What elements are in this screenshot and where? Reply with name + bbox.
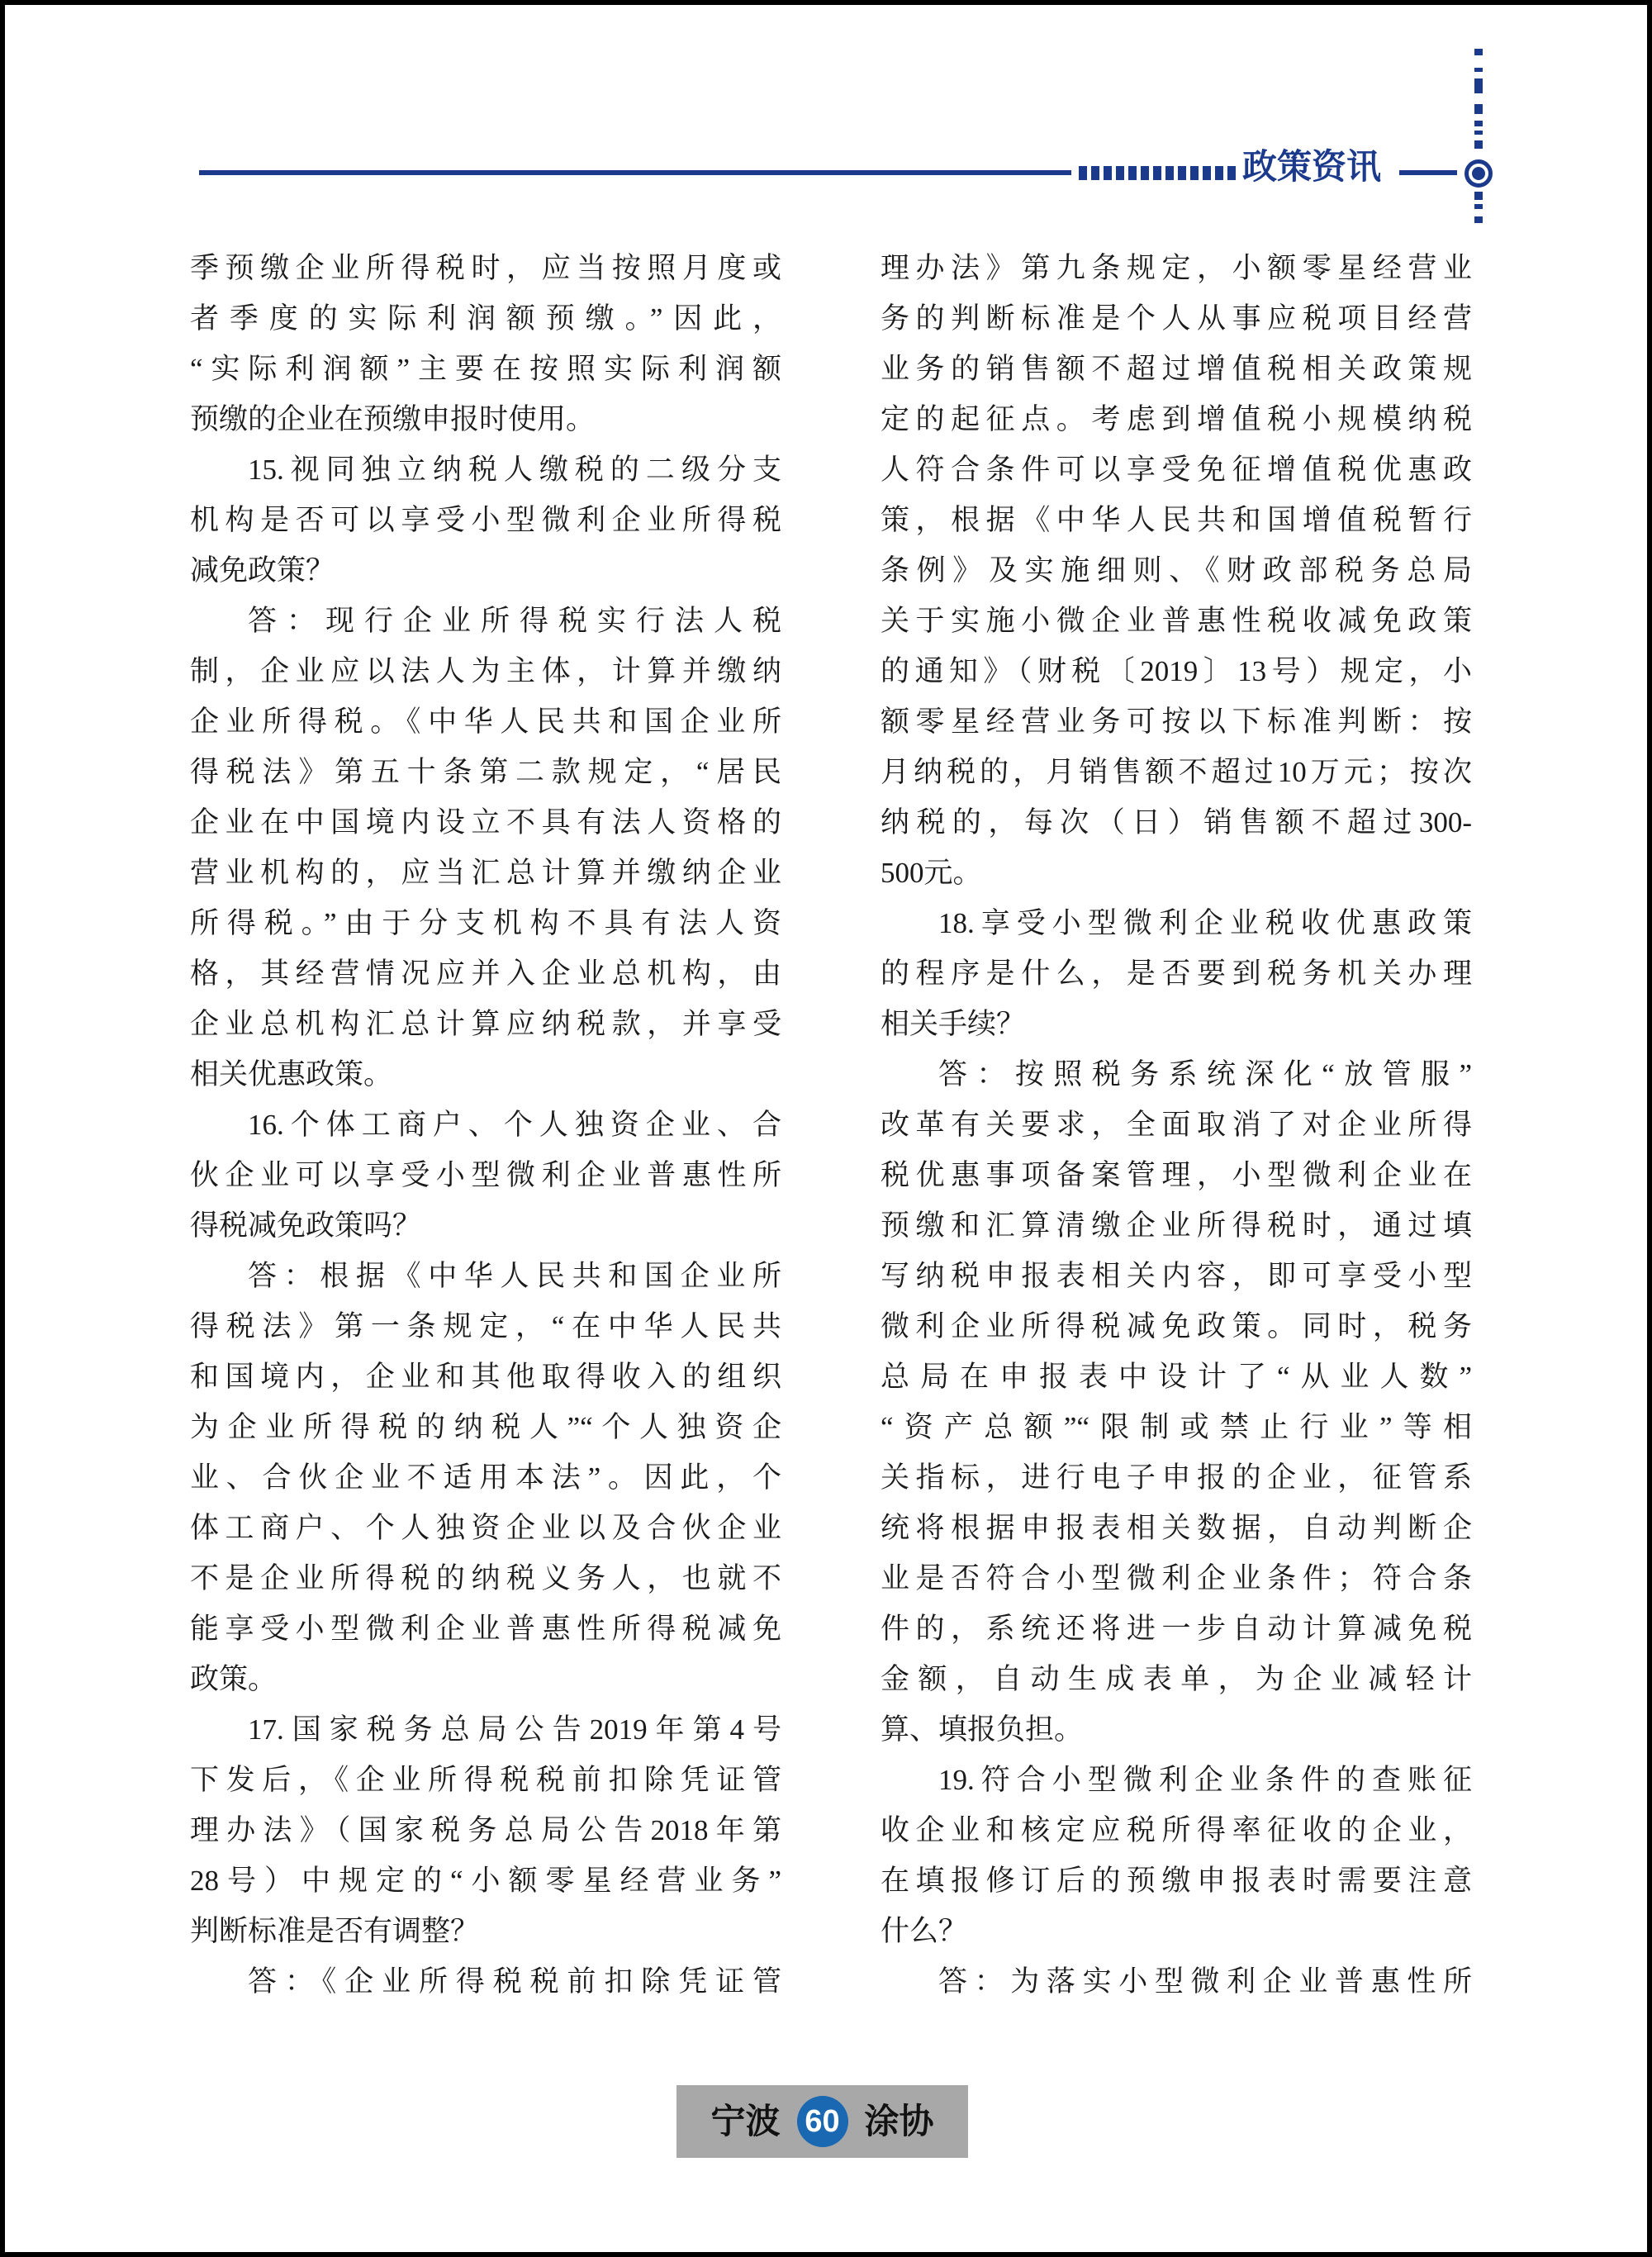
footer-right-label: 涂协 [865,2104,934,2139]
dash [1474,104,1483,114]
dash [1128,166,1137,180]
text-line: 金额，自动生成表单，为企业减轻计 [881,1654,1472,1704]
dash [1474,216,1483,223]
dash [1215,166,1223,180]
text-line: 件的，系统还将进一步自动计算减免税 [881,1604,1472,1654]
header-rule-left [199,170,1071,175]
dash [1227,166,1236,180]
text-line: 18.享受小型微利企业税收优惠政策 [881,898,1472,948]
text-line: 28号）中规定的“小额零星经营业务” [190,1855,781,1906]
text-line: 答：为落实小型微利企业普惠性所 [881,1956,1472,2007]
text-line: 企业总机构汇总计算应纳税款，并享受 [190,999,781,1049]
text-line: 纳税的，每次（日）销售额不超过300- [881,797,1472,848]
dash [1079,166,1087,180]
page-number-badge: 60 [797,2096,848,2147]
text-line: 总局在申报表中设计了“从业人数” [881,1352,1472,1402]
dash [1474,131,1483,135]
vertical-dashed-line [1474,5,1483,236]
text-line: 者季度的实际利润额预缴。”因此， [190,293,781,344]
text-line: 业务的销售额不超过增值税相关政策规 [881,344,1472,394]
text-line: 人符合条件可以享受免征增值税优惠政 [881,444,1472,495]
text-line: 500元。 [881,848,1472,898]
text-line: 理办法》第九条规定，小额零星经营业 [881,243,1472,293]
text-line: “资产总额”“限制或禁止行业”等相 [881,1402,1472,1452]
text-line: 得税法》第一条规定，“在中华人民共 [190,1301,781,1352]
text-line: 减免政策？ [190,545,781,596]
text-line: 下发后，《企业所得税税前扣除凭证管 [190,1755,781,1805]
text-line: 得税减免政策吗？ [190,1200,781,1251]
dash [1190,166,1199,180]
footer-left-label: 宁波 [710,2104,780,2139]
text-line: 条例》及实施细则、《财政部税务总局 [881,545,1472,596]
text-line: 政策。 [190,1654,781,1704]
text-line: 收企业和核定应税所得率征收的企业， [881,1805,1472,1855]
text-line: 改革有关要求，全面取消了对企业所得 [881,1100,1472,1150]
text-line: 预缴的企业在预缴申报时使用。 [190,394,781,444]
text-line: 额零星经营业务可按以下标准判断：按 [881,696,1472,747]
text-line: 制，企业应以法人为主体，计算并缴纳 [190,646,781,696]
text-line: 17.国家税务总局公告2019年第4号 [190,1704,781,1755]
text-line: 关指标，进行电子申报的企业，征管系 [881,1452,1472,1503]
text-line: 统将根据申报表相关数据，自动判断企 [881,1503,1472,1553]
text-line: 19.符合小型微利企业条件的查账征 [881,1755,1472,1805]
dash [1474,192,1483,200]
dash [1474,78,1483,93]
text-line: 预缴和汇算清缴企业所得税时，通过填 [881,1200,1472,1251]
text-line: 定的起征点。考虑到增值税小规模纳税 [881,394,1472,444]
text-line: 企业所得税。《中华人民共和国企业所 [190,696,781,747]
header-dashed-line [1079,166,1236,180]
dash [1178,166,1186,180]
section-title: 政策资讯 [1242,149,1391,185]
text-line: 不是企业所得税的纳税义务人，也就不 [190,1553,781,1604]
right-text-column: 理办法》第九条规定，小额零星经营业务的判断标准是个人从事应税项目经营业务的销售额… [881,243,1472,2007]
text-line: 16.个体工商户、个人独资企业、合 [190,1100,781,1150]
text-line: 税优惠事项备案管理，小型微利企业在 [881,1150,1472,1200]
dash [1165,166,1174,180]
text-line: 营业机构的，应当汇总计算并缴纳企业 [190,848,781,898]
text-line: 机构是否可以享受小型微利企业所得税 [190,495,781,545]
text-line: 季预缴企业所得税时，应当按照月度或 [190,243,781,293]
text-line: 答：按照税务系统深化“放管服” [881,1049,1472,1100]
text-line: 相关优惠政策。 [190,1049,781,1100]
text-line: 15.视同独立纳税人缴税的二级分支 [190,444,781,495]
text-line: 的程序是什么，是否要到税务机关办理 [881,948,1472,999]
text-line: 务的判断标准是个人从事应税项目经营 [881,293,1472,344]
text-line: 得税法》第五十条第二款规定，“居民 [190,747,781,797]
dash [1474,140,1483,149]
header-rule-right [1399,170,1457,175]
text-line: 伙企业可以享受小型微利企业普惠性所 [190,1150,781,1200]
text-line: 的通知》（财税〔2019〕13号）规定，小 [881,646,1472,696]
dash [1474,68,1483,72]
dash [1116,166,1124,180]
footer-bar: 宁波 60 涂协 [676,2085,968,2158]
text-line: “实际利润额”主要在按照实际利润额 [190,344,781,394]
text-line: 关于实施小微企业普惠性税收减免政策 [881,596,1472,646]
text-line: 业、合伙企业不适用本法”。因此，个 [190,1452,781,1503]
text-line: 业是否符合小型微利企业条件；符合条 [881,1553,1472,1604]
text-line: 在填报修订后的预缴申报表时需要注意 [881,1855,1472,1906]
dash [1474,49,1483,55]
text-line: 企业在中国境内设立不具有法人资格的 [190,797,781,848]
text-line: 体工商户、个人独资企业以及合伙企业 [190,1503,781,1553]
dash [1153,166,1161,180]
text-line: 理办法》（国家税务总局公告2018年第 [190,1805,781,1855]
text-line: 为企业所得税的纳税人”“个人独资企 [190,1402,781,1452]
dash [1474,204,1483,209]
dash [1474,121,1483,126]
text-line: 格，其经营情况应并入企业总机构，由 [190,948,781,999]
dash [1091,166,1099,180]
text-line: 相关手续？ [881,999,1472,1049]
text-line: 写纳税申报表相关内容，即可享受小型 [881,1251,1472,1301]
text-line: 判断标准是否有调整？ [190,1906,781,1956]
text-line: 和国境内，企业和其他取得收入的组织 [190,1352,781,1402]
text-line: 算、填报负担。 [881,1704,1472,1755]
dash [1104,166,1112,180]
text-line: 答：《企业所得税税前扣除凭证管 [190,1956,781,2007]
text-line: 答：根据《中华人民共和国企业所 [190,1251,781,1301]
left-text-column: 季预缴企业所得税时，应当按照月度或者季度的实际利润额预缴。”因此，“实际利润额”… [190,243,781,2007]
text-line: 能享受小型微利企业普惠性所得税减免 [190,1604,781,1654]
text-line: 答：现行企业所得税实行法人税 [190,596,781,646]
dash [1203,166,1211,180]
magazine-page: 政策资讯 季预缴企业所得税时，应当按照月度或者季度的实际利润额预缴。”因此，“实… [0,0,1652,2257]
dash [1141,166,1149,180]
text-line: 微利企业所得税减免政策。同时，税务 [881,1301,1472,1352]
text-line: 所得税。”由于分支机构不具有法人资 [190,898,781,948]
text-line: 月纳税的，月销售额不超过10万元；按次 [881,747,1472,797]
text-line: 策，根据《中华人民共和国增值税暂行 [881,495,1472,545]
text-line: 什么？ [881,1906,1472,1956]
